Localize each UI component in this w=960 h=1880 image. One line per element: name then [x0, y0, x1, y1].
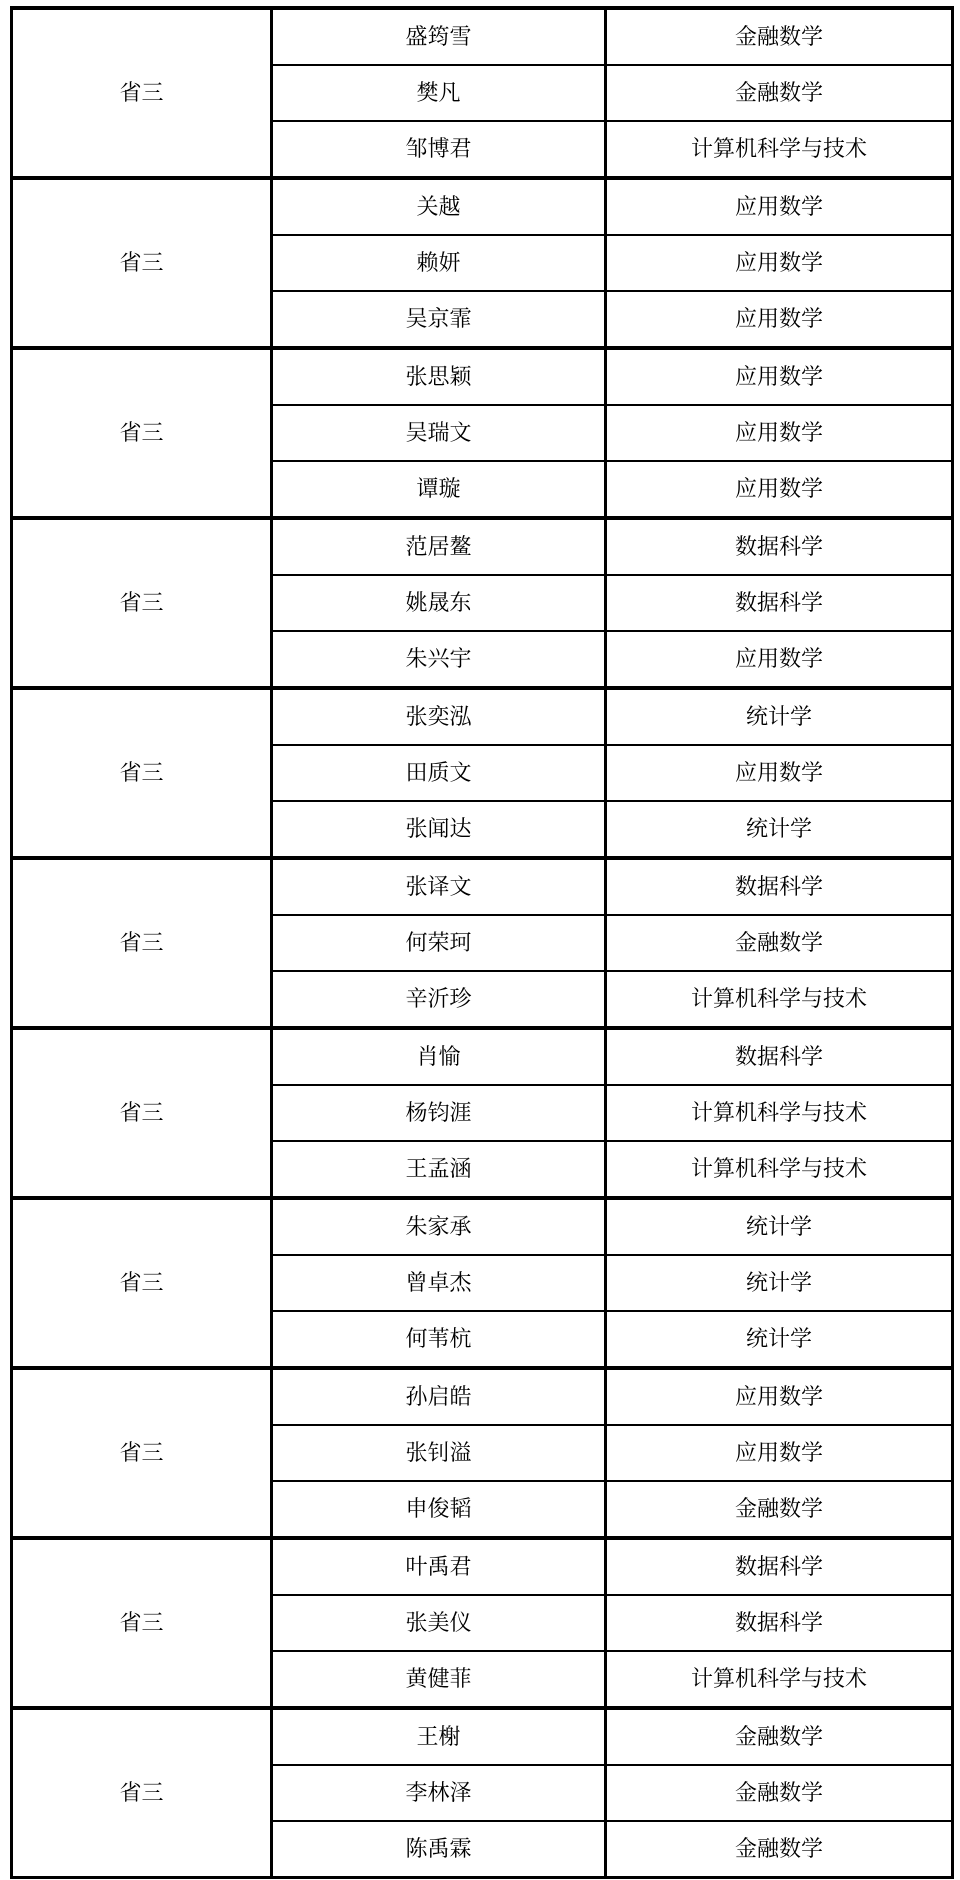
student-name-cell: 陈禹霖: [272, 1821, 606, 1878]
table-row: 省三王榭金融数学: [12, 1708, 953, 1765]
student-name-cell: 申俊韬: [272, 1481, 606, 1538]
major-cell: 计算机科学与技术: [606, 1085, 953, 1141]
award-level-cell: 省三: [12, 688, 272, 858]
major-cell: 统计学: [606, 688, 953, 745]
student-name-cell: 王孟涵: [272, 1141, 606, 1198]
student-name-cell: 朱家承: [272, 1198, 606, 1255]
major-cell: 应用数学: [606, 1368, 953, 1425]
major-cell: 统计学: [606, 1255, 953, 1311]
student-name-cell: 张钊溢: [272, 1425, 606, 1481]
table-row: 省三关越应用数学: [12, 178, 953, 235]
student-name-cell: 孙启皓: [272, 1368, 606, 1425]
award-level-cell: 省三: [12, 8, 272, 178]
table-row: 省三范居鳌数据科学: [12, 518, 953, 575]
award-level-cell: 省三: [12, 1368, 272, 1538]
student-name-cell: 范居鳌: [272, 518, 606, 575]
table-row: 省三肖愉数据科学: [12, 1028, 953, 1085]
student-name-cell: 何荣珂: [272, 915, 606, 971]
major-cell: 数据科学: [606, 1538, 953, 1595]
student-name-cell: 杨钧涯: [272, 1085, 606, 1141]
major-cell: 应用数学: [606, 631, 953, 688]
student-name-cell: 何苇杭: [272, 1311, 606, 1368]
major-cell: 金融数学: [606, 1708, 953, 1765]
student-name-cell: 李林泽: [272, 1765, 606, 1821]
major-cell: 数据科学: [606, 518, 953, 575]
table-row: 省三张译文数据科学: [12, 858, 953, 915]
major-cell: 应用数学: [606, 405, 953, 461]
student-name-cell: 黄健菲: [272, 1651, 606, 1708]
student-name-cell: 张思颖: [272, 348, 606, 405]
major-cell: 计算机科学与技术: [606, 1141, 953, 1198]
table-row: 省三盛筠雪金融数学: [12, 8, 953, 65]
major-cell: 数据科学: [606, 1028, 953, 1085]
award-level-cell: 省三: [12, 1028, 272, 1198]
student-name-cell: 张美仪: [272, 1595, 606, 1651]
major-cell: 应用数学: [606, 235, 953, 291]
student-name-cell: 田质文: [272, 745, 606, 801]
award-level-cell: 省三: [12, 348, 272, 518]
major-cell: 应用数学: [606, 745, 953, 801]
major-cell: 应用数学: [606, 291, 953, 348]
table-row: 省三张奕泓统计学: [12, 688, 953, 745]
major-cell: 数据科学: [606, 858, 953, 915]
major-cell: 计算机科学与技术: [606, 121, 953, 178]
major-cell: 应用数学: [606, 461, 953, 518]
major-cell: 数据科学: [606, 1595, 953, 1651]
major-cell: 金融数学: [606, 65, 953, 121]
student-name-cell: 叶禹君: [272, 1538, 606, 1595]
student-name-cell: 辛沂珍: [272, 971, 606, 1028]
student-name-cell: 赖妍: [272, 235, 606, 291]
award-winners-table-body: 省三盛筠雪金融数学樊凡金融数学邹博君计算机科学与技术省三关越应用数学赖妍应用数学…: [12, 8, 953, 1878]
major-cell: 金融数学: [606, 1481, 953, 1538]
table-row: 省三朱家承统计学: [12, 1198, 953, 1255]
award-level-cell: 省三: [12, 178, 272, 348]
major-cell: 统计学: [606, 801, 953, 858]
award-winners-table: 省三盛筠雪金融数学樊凡金融数学邹博君计算机科学与技术省三关越应用数学赖妍应用数学…: [10, 6, 954, 1879]
major-cell: 计算机科学与技术: [606, 1651, 953, 1708]
major-cell: 数据科学: [606, 575, 953, 631]
table-row: 省三叶禹君数据科学: [12, 1538, 953, 1595]
award-level-cell: 省三: [12, 1708, 272, 1878]
major-cell: 应用数学: [606, 1425, 953, 1481]
major-cell: 计算机科学与技术: [606, 971, 953, 1028]
student-name-cell: 张闻达: [272, 801, 606, 858]
page: 省三盛筠雪金融数学樊凡金融数学邹博君计算机科学与技术省三关越应用数学赖妍应用数学…: [0, 0, 960, 1880]
student-name-cell: 朱兴宇: [272, 631, 606, 688]
student-name-cell: 吴瑞文: [272, 405, 606, 461]
major-cell: 统计学: [606, 1198, 953, 1255]
student-name-cell: 张译文: [272, 858, 606, 915]
student-name-cell: 谭璇: [272, 461, 606, 518]
major-cell: 金融数学: [606, 1765, 953, 1821]
student-name-cell: 樊凡: [272, 65, 606, 121]
award-level-cell: 省三: [12, 858, 272, 1028]
award-level-cell: 省三: [12, 518, 272, 688]
award-level-cell: 省三: [12, 1538, 272, 1708]
major-cell: 金融数学: [606, 8, 953, 65]
major-cell: 应用数学: [606, 178, 953, 235]
student-name-cell: 邹博君: [272, 121, 606, 178]
student-name-cell: 吴京霏: [272, 291, 606, 348]
award-level-cell: 省三: [12, 1198, 272, 1368]
table-row: 省三孙启皓应用数学: [12, 1368, 953, 1425]
table-row: 省三张思颖应用数学: [12, 348, 953, 405]
student-name-cell: 肖愉: [272, 1028, 606, 1085]
student-name-cell: 王榭: [272, 1708, 606, 1765]
student-name-cell: 张奕泓: [272, 688, 606, 745]
student-name-cell: 关越: [272, 178, 606, 235]
student-name-cell: 曾卓杰: [272, 1255, 606, 1311]
major-cell: 金融数学: [606, 915, 953, 971]
major-cell: 统计学: [606, 1311, 953, 1368]
student-name-cell: 姚晟东: [272, 575, 606, 631]
student-name-cell: 盛筠雪: [272, 8, 606, 65]
major-cell: 应用数学: [606, 348, 953, 405]
major-cell: 金融数学: [606, 1821, 953, 1878]
